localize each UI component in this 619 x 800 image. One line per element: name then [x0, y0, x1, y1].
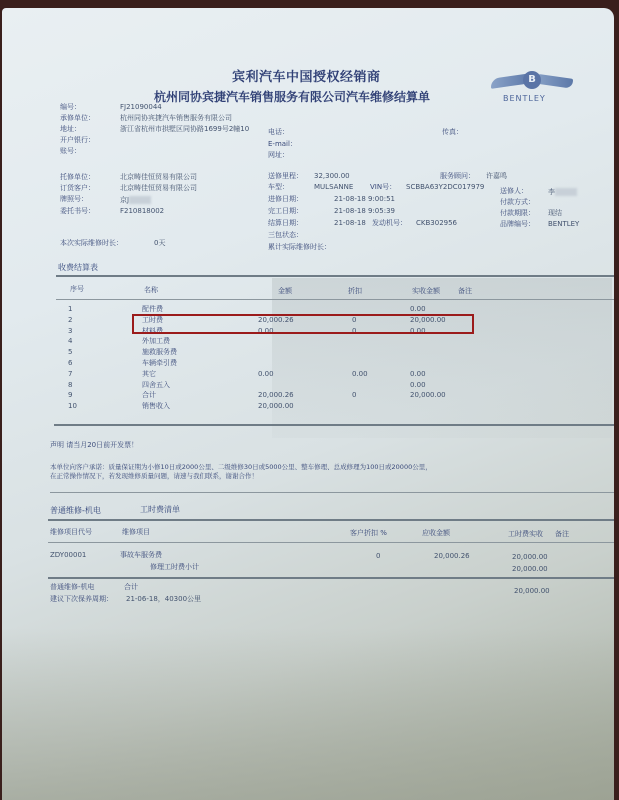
- col-discount: 折扣: [348, 288, 362, 295]
- sender-value: 李: [548, 188, 577, 196]
- plate-value: 京J: [120, 196, 151, 204]
- entry-date-label: 进修日期：: [268, 196, 303, 203]
- divider: [48, 577, 614, 579]
- bentley-logo: B BENTLEY: [487, 70, 577, 108]
- fee-row-no: 3: [68, 328, 72, 335]
- fee-row-no: 6: [68, 360, 72, 367]
- fee-row-name: 其它: [142, 371, 156, 378]
- actual-repair-time-label: 本次实际维修时长：: [60, 240, 123, 247]
- entry-date-value: 21-08-18 9:00:51: [334, 196, 395, 203]
- labor-row-item: 事故车服务费: [120, 552, 162, 559]
- fee-row-actual: 0.00: [410, 306, 426, 313]
- labor-col-discount: 客户折扣 %: [350, 530, 387, 537]
- fee-row-name: 四舍五入: [142, 382, 170, 389]
- fee-summary-title: 收费结算表: [58, 264, 98, 272]
- brand-code-value: BENTLEY: [548, 221, 579, 228]
- repairer-label: 承修单位：: [60, 115, 95, 122]
- invoice-paper: 宾利汽车中国授权经销商 杭州同协宾捷汽车销售服务有限公司汽车维修结算单 B BE…: [2, 8, 614, 800]
- plate-text: 京J: [120, 196, 129, 204]
- promise-line-2: 在正常操作情况下，若发现维修质量问题，请速与我们联系，谢谢合作！: [50, 473, 258, 480]
- fee-row-name: 配件费: [142, 306, 163, 313]
- vin-value: SCBBA63Y2DC017979: [406, 184, 484, 191]
- document-title: 杭州同协宾捷汽车销售服务有限公司汽车维修结算单: [154, 88, 430, 105]
- plate-redaction: [129, 196, 151, 204]
- fee-row-no: 1: [68, 306, 72, 313]
- mileage-value: 32,300.00: [314, 173, 350, 180]
- next-maintenance-value: 21-06-18，40300公里: [126, 596, 201, 603]
- labor-row-receivable: 20,000.26: [434, 553, 470, 560]
- fee-row-discount: 0.00: [352, 371, 368, 378]
- dealer-title: 宾利汽车中国授权经销商: [232, 66, 381, 85]
- fee-row-amount: 20,000.00: [258, 403, 294, 410]
- divider: [56, 275, 614, 277]
- sender-redaction: [555, 188, 577, 196]
- brand-name: BENTLEY: [503, 94, 546, 103]
- entrust-no-value: F210818002: [120, 208, 164, 215]
- labor-col-receivable: 应收金额: [422, 530, 450, 537]
- website-label: 网址：: [268, 152, 289, 159]
- fee-row-discount: 0: [352, 392, 356, 399]
- labor-col-remark: 备注: [555, 531, 569, 538]
- model-value: MULSANNE: [314, 184, 353, 191]
- mileage-label: 送修里程：: [268, 173, 303, 180]
- labor-fee-highlight-box: [132, 314, 474, 334]
- labor-subtotal-value: 20,000.00: [512, 566, 548, 573]
- engine-no-value: CKB302956: [416, 220, 457, 227]
- labor-row-discount: 0: [376, 553, 380, 560]
- number-value: FJ21090044: [120, 104, 162, 111]
- plate-label: 牌照号：: [60, 196, 88, 203]
- engine-no-label: 发动机号：: [372, 220, 407, 227]
- actual-repair-time-value: 0天: [154, 240, 165, 247]
- entrust-no-label: 委托书号：: [60, 208, 95, 215]
- fee-row-name: 外加工费: [142, 338, 170, 345]
- payment-method-label: 付款方式：: [500, 199, 535, 206]
- col-amount: 金额: [278, 288, 292, 295]
- model-label: 车型：: [268, 184, 289, 191]
- labor-col-code: 维修项目代号: [50, 529, 92, 536]
- fee-row-no: 4: [68, 338, 72, 345]
- fee-row-name: 车辆牵引费: [142, 360, 177, 367]
- fee-row-actual: 20,000.00: [410, 392, 446, 399]
- promise-line-1: 本单位向客户承诺：质量保证期为小修10日或2000公里、二级维修30日或5000…: [50, 464, 432, 471]
- phone-label: 电话：: [268, 129, 289, 136]
- fee-row-name: 施救服务费: [142, 349, 177, 356]
- labor-list-title: 工时费清单: [140, 506, 180, 514]
- order-customer-label: 订货客户：: [60, 185, 95, 192]
- account-label: 账号：: [60, 148, 81, 155]
- sender-label: 送修人：: [500, 188, 528, 195]
- fax-label: 传真：: [442, 129, 463, 136]
- labor-col-actual: 工时费实收: [508, 531, 543, 538]
- vin-label: VIN号：: [370, 184, 396, 191]
- address-value: 浙江省杭州市拱墅区同协路1699号2幢10: [120, 126, 249, 133]
- total-category: 普通维修-机电: [50, 584, 95, 591]
- declaration-text: 声明 请当月20日前开发票！: [50, 442, 138, 449]
- fee-row-no: 9: [68, 392, 72, 399]
- labor-col-item: 维修项目: [122, 529, 150, 536]
- fee-row-name: 销售收入: [142, 403, 170, 410]
- col-name: 名称: [144, 287, 158, 294]
- next-maintenance-label: 建议下次保养周期：: [50, 596, 113, 603]
- labor-row-code: ZDY00001: [50, 552, 86, 559]
- total-label: 合计: [124, 584, 138, 591]
- divider: [48, 519, 614, 521]
- divider: [48, 542, 614, 543]
- brand-code-label: 品牌编号：: [500, 221, 535, 228]
- labor-row-actual: 20,000.00: [512, 554, 548, 561]
- labor-subtotal-label: 修理工时费小计: [150, 564, 199, 571]
- col-actual: 实收金额: [412, 288, 440, 295]
- fee-row-amount: 0.00: [258, 371, 274, 378]
- payment-term-label: 付款期限：: [500, 210, 535, 217]
- col-no: 序号: [70, 286, 84, 293]
- fee-row-no: 2: [68, 317, 72, 324]
- settle-date-value: 21-08-18: [334, 220, 366, 227]
- divider: [56, 299, 614, 300]
- advisor-label: 服务顾问：: [440, 173, 475, 180]
- fee-row-amount: 20,000.26: [258, 392, 294, 399]
- number-label: 编号：: [60, 104, 81, 111]
- total-value: 20,000.00: [514, 588, 550, 595]
- address-label: 地址：: [60, 126, 81, 133]
- fee-row-no: 8: [68, 382, 72, 389]
- client-value: 北京畴佳恒贸易有限公司: [120, 174, 197, 181]
- three-guarantee-label: 三包状态：: [268, 232, 303, 239]
- paper-bottom-shadow: [2, 628, 614, 800]
- payment-term-value: 现结: [548, 210, 562, 217]
- paper-shadow: [272, 278, 612, 438]
- logo-b-icon: B: [523, 71, 541, 89]
- col-remark: 备注: [458, 288, 472, 295]
- fee-row-actual: 0.00: [410, 382, 426, 389]
- fee-row-name: 合计: [142, 392, 156, 399]
- cumulative-time-label: 累计实际维修时长：: [268, 244, 331, 251]
- finish-date-value: 21-08-18 9:05:39: [334, 208, 395, 215]
- fee-row-no: 10: [68, 403, 77, 410]
- divider: [50, 492, 614, 493]
- advisor-value: 许嘉鸣: [486, 173, 507, 180]
- settle-date-label: 结算日期：: [268, 220, 303, 227]
- order-customer-value: 北京畴佳恒贸易有限公司: [120, 185, 197, 192]
- sender-text: 李: [548, 188, 555, 196]
- fee-row-actual: 0.00: [410, 371, 426, 378]
- fee-row-no: 5: [68, 349, 72, 356]
- client-label: 托修单位：: [60, 174, 95, 181]
- finish-date-label: 完工日期：: [268, 208, 303, 215]
- divider: [54, 424, 614, 426]
- email-label: E-mail：: [268, 141, 297, 148]
- repairer-value: 杭州同协宾捷汽车销售服务有限公司: [120, 115, 232, 122]
- bank-label: 开户银行：: [60, 137, 95, 144]
- fee-row-no: 7: [68, 371, 72, 378]
- labor-category: 普通维修-机电: [50, 507, 101, 515]
